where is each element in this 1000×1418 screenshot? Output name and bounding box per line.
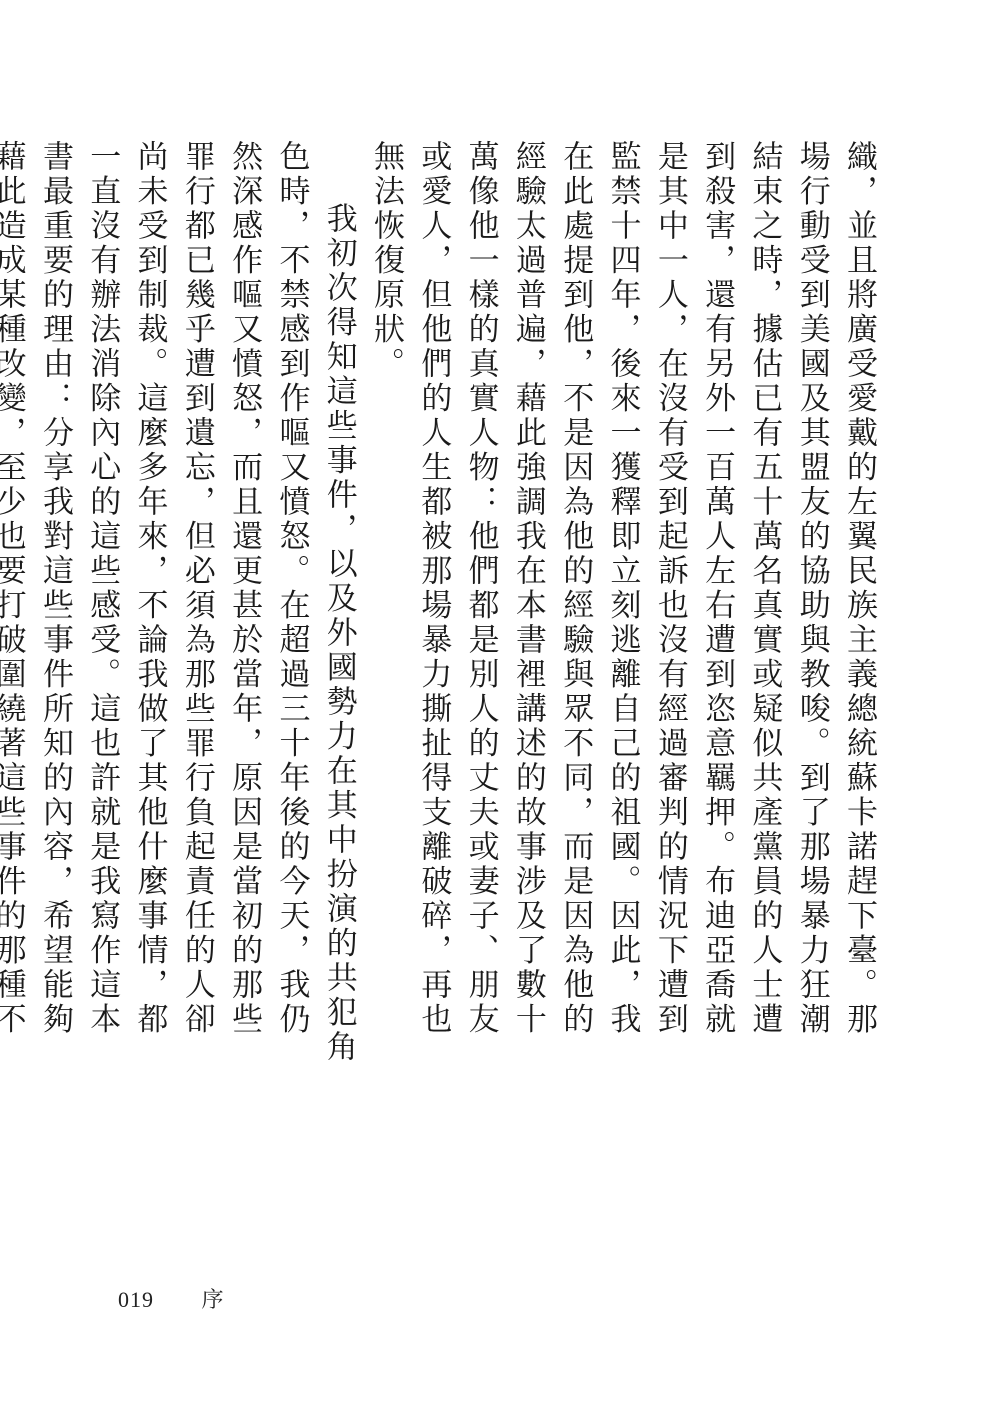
vertical-text-body: 織，並且將廣受愛戴的左翼民族主義總統蘇卡諾趕下臺。那場行動受到美國及其盟友的協助… (122, 140, 882, 1070)
book-page: 織，並且將廣受愛戴的左翼民族主義總統蘇卡諾趕下臺。那場行動受到美國及其盟友的協助… (0, 0, 1000, 1418)
paragraph-1: 織，並且將廣受愛戴的左翼民族主義總統蘇卡諾趕下臺。那場行動受到美國及其盟友的協助… (362, 140, 882, 1070)
page-footer: 019 序 (118, 1283, 224, 1314)
page-number: 019 (118, 1287, 188, 1313)
section-title: 序 (202, 1283, 224, 1314)
paragraph-2: 我初次得知這些事件，以及外國勢力在其中扮演的共犯角色時，不禁感到作嘔又憤怒。在超… (0, 140, 362, 1070)
